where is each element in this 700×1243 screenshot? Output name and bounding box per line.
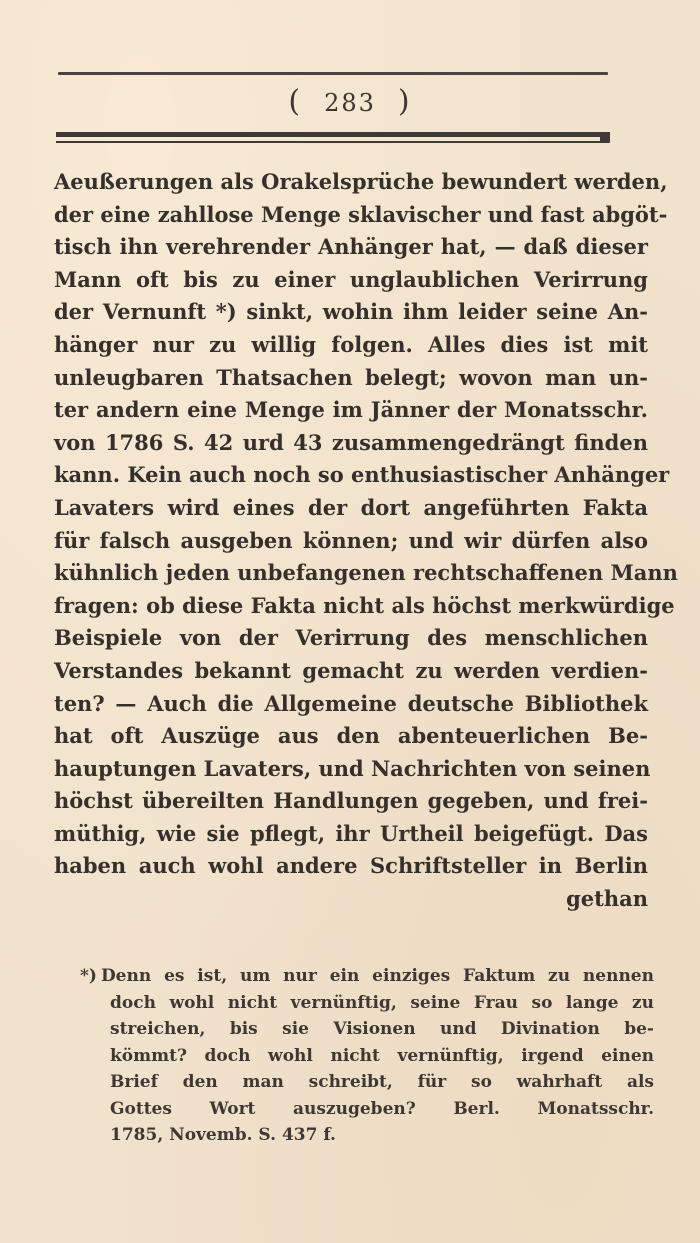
book-page: (283) Aeußerungen als Orakelsprüche bewu… [0, 0, 700, 1243]
body-line: der Vernunft *) sinkt, wohin ihm leider … [54, 296, 648, 329]
catchword: gethan [54, 883, 648, 916]
header-rule-end-ornament [600, 132, 610, 143]
footnote-line: Brief den man schreibt, für so wahrhaft … [80, 1069, 654, 1096]
body-line: von 1786 S. 42 urd 43 zusammengedrängt f… [54, 427, 648, 460]
body-line: höchst übereilten Handlungen gegeben, un… [54, 785, 648, 818]
footnote: *)Denn es ist, um nur ein einziges Faktu… [80, 963, 654, 1149]
body-line: haben auch wohl andere Schriftsteller in… [54, 850, 648, 883]
body-line: Beispiele von der Verirrung des menschli… [54, 622, 648, 655]
footnote-text: Denn es ist, um nur ein einziges Faktum … [101, 966, 654, 986]
header-rule-double-thin [56, 141, 609, 143]
body-line: Verstandes bekannt gemacht zu werden ver… [54, 655, 648, 688]
footnote-line: Gottes Wort auszugeben? Berl. Monatsschr… [80, 1096, 654, 1123]
footnote-marker: *) [80, 966, 97, 986]
page-number: 283 [324, 89, 376, 117]
body-line: ten? — Auch die Allgemeine deutsche Bibl… [54, 688, 648, 721]
page-header: (283) [0, 84, 700, 119]
body-line: hänger nur zu willig folgen. Alles dies … [54, 329, 648, 362]
body-line: Mann oft bis zu einer unglaublichen Veri… [54, 264, 648, 297]
body-line: kühnlich jeden unbefangenen rechtschaffe… [54, 557, 648, 590]
footnote-line: doch wohl nicht vernünftig, seine Frau s… [80, 990, 654, 1017]
body-line: Aeußerungen als Orakelsprüche bewundert … [54, 166, 648, 199]
body-text: Aeußerungen als Orakelsprüche bewundert … [54, 166, 648, 916]
header-rule-top [58, 72, 608, 75]
body-line: hat oft Auszüge aus den abenteuerlichen … [54, 720, 648, 753]
footnote-line: streichen, bis sie Visionen und Divinati… [80, 1016, 654, 1043]
footnote-line: kömmt? doch wohl nicht vernünftig, irgen… [80, 1043, 654, 1070]
close-paren: ) [398, 84, 412, 119]
body-line: hauptungen Lavaters, und Nachrichten von… [54, 753, 648, 786]
footnote-line: 1785, Novemb. S. 437 f. [80, 1122, 654, 1149]
body-line: kann. Kein auch noch so enthusiastischer… [54, 459, 648, 492]
body-line: für falsch ausgeben können; und wir dürf… [54, 525, 648, 558]
body-line: Lavaters wird eines der dort angeführten… [54, 492, 648, 525]
body-line: der eine zahllose Menge sklavischer und … [54, 199, 648, 232]
footnote-line: *)Denn es ist, um nur ein einziges Faktu… [80, 963, 654, 990]
header-rule-double-thick [56, 132, 609, 137]
open-paren: ( [288, 84, 302, 119]
body-line: tisch ihn verehrender Anhänger hat, — da… [54, 231, 648, 264]
body-line: unleugbaren Thatsachen belegt; wovon man… [54, 362, 648, 395]
body-line: müthig, wie sie pflegt, ihr Urtheil beig… [54, 818, 648, 851]
body-line: ter andern eine Menge im Jänner der Mona… [54, 394, 648, 427]
body-line: fragen: ob diese Fakta nicht als höchst … [54, 590, 648, 623]
